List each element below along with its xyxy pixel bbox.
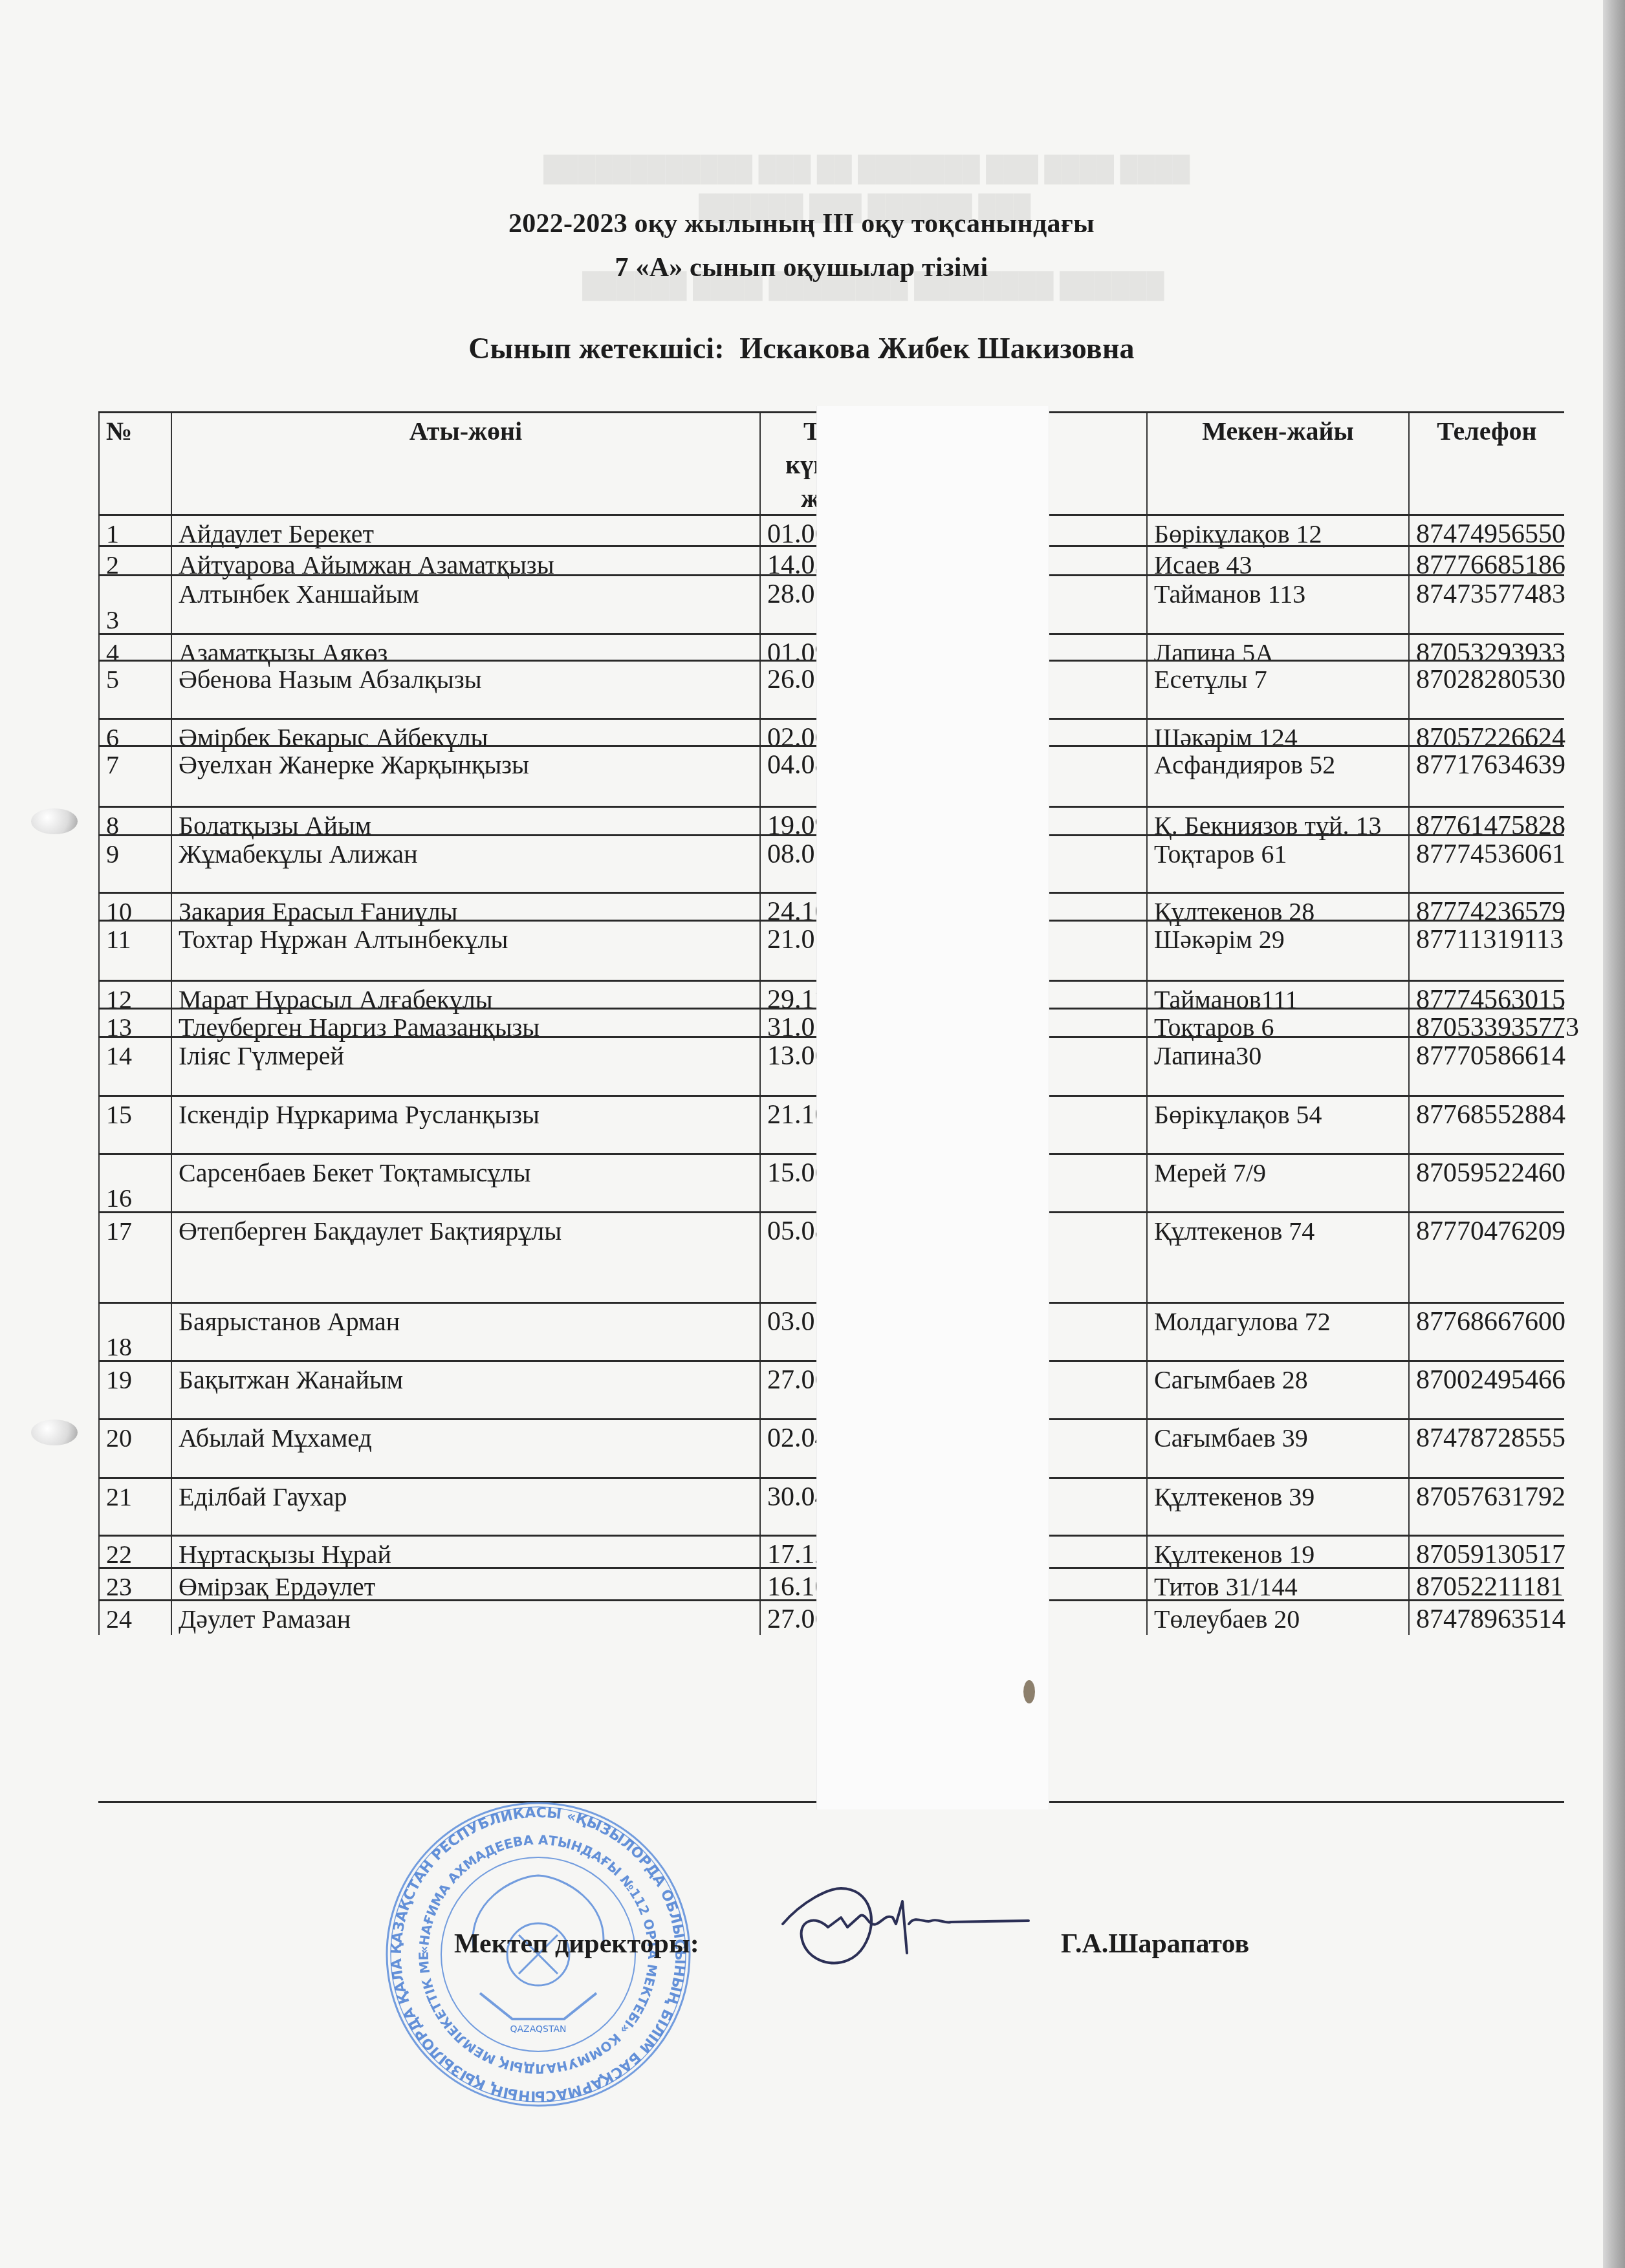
address: Шәкәрім 124 (1146, 720, 1408, 747)
punch-hole-artifact (31, 1420, 78, 1445)
row-number: 20 (98, 1420, 171, 1479)
document-page: ████ ████ ███ ███████ ██ ███ ███████████… (0, 0, 1603, 2268)
address: Тоқтаров 61 (1146, 836, 1408, 894)
student-name: Әбенова Назым Абзалқызы (171, 662, 759, 720)
phone: 87059130517 (1408, 1537, 1564, 1569)
row-number: 16 (98, 1155, 171, 1213)
phone: 87059522460 (1408, 1155, 1564, 1213)
student-name: Іскендір Нұркарима Русланқызы (171, 1097, 759, 1155)
address: Тайманов111 (1146, 982, 1408, 1010)
phone: 87057226624 (1408, 720, 1564, 747)
phone: 87028280530 (1408, 662, 1564, 720)
student-name: Айтуарова Айымжан Азаматқызы (171, 547, 759, 576)
address: Титов 31/144 (1146, 1569, 1408, 1601)
student-name: Дәулет Рамазан (171, 1601, 759, 1635)
student-name: Айдаулет Берекет (171, 516, 759, 547)
student-name: Тохтар Нұржан Алтынбекұлы (171, 922, 759, 982)
row-number: 11 (98, 922, 171, 982)
student-name: Өмірзақ Ердәулет (171, 1569, 759, 1601)
row-number: 23 (98, 1569, 171, 1601)
student-name: Баярыстанов Арман (171, 1304, 759, 1362)
address: Бөрікұлақов 12 (1146, 516, 1408, 547)
bleed-through-text: ████ ████ ███ ███████ ██ ███ ███████████… (543, 155, 1190, 184)
row-number: 15 (98, 1097, 171, 1155)
phone: 87774563015 (1408, 982, 1564, 1010)
phone: 87052211181 (1408, 1569, 1564, 1601)
phone: 87478728555 (1408, 1420, 1564, 1479)
student-name: Азаматқызы Аякөз (171, 635, 759, 662)
row-number: 22 (98, 1537, 171, 1569)
row-number: 24 (98, 1601, 171, 1635)
student-name: Бақытжан Жанайым (171, 1362, 759, 1420)
address: Исаев 43 (1146, 547, 1408, 576)
row-number-text: 3 (106, 605, 119, 635)
student-name: Өтепберген Бақдаулет Бақтиярұлы (171, 1213, 759, 1304)
row-number: 12 (98, 982, 171, 1010)
address: Қ. Бекниязов тұй. 13 (1146, 808, 1408, 836)
stain-artifact (1023, 1680, 1035, 1703)
address: Асфандияров 52 (1146, 747, 1408, 808)
phone: 87768552884 (1408, 1097, 1564, 1155)
phone: 87717634639 (1408, 747, 1564, 808)
address: Тайманов 113 (1146, 576, 1408, 635)
row-number: 9 (98, 836, 171, 894)
class-teacher-line: Сынып жетекшісі: Искакова Жибек Шакизовн… (0, 331, 1603, 365)
row-number: 7 (98, 747, 171, 808)
student-name: Жұмабекұлы Алижан (171, 836, 759, 894)
address: Молдагулова 72 (1146, 1304, 1408, 1362)
student-name: Алтынбек Ханшайым (171, 576, 759, 635)
row-number-text: 18 (106, 1332, 132, 1362)
header-number: № (98, 413, 171, 516)
address: Сағымбаев 39 (1146, 1420, 1408, 1479)
stamp-center-text: QAZAQSTAN (510, 2024, 567, 2035)
row-number: 8 (98, 808, 171, 836)
row-number: 6 (98, 720, 171, 747)
student-name: Еділбай Гаухар (171, 1479, 759, 1537)
student-name: Сарсенбаев Бекет Тоқтамысұлы (171, 1155, 759, 1213)
row-number: 3 (98, 576, 171, 635)
row-number: 4 (98, 635, 171, 662)
scan-edge (1603, 0, 1625, 2268)
address: Мерей 7/9 (1146, 1155, 1408, 1213)
address: Төлеубаев 20 (1146, 1601, 1408, 1635)
header-name: Аты-жөні (171, 413, 759, 516)
address: Құлтекенов 28 (1146, 894, 1408, 922)
phone: 87478963514 (1408, 1601, 1564, 1635)
address: Сагымбаев 28 (1146, 1362, 1408, 1420)
address: Шәкәрім 29 (1146, 922, 1408, 982)
row-number: 5 (98, 662, 171, 720)
address: Лапина 5А (1146, 635, 1408, 662)
address: Тоқтаров 6 (1146, 1010, 1408, 1038)
phone: 87057631792 (1408, 1479, 1564, 1537)
row-number: 19 (98, 1362, 171, 1420)
student-name: Іліяс Гүлмерей (171, 1038, 759, 1097)
address: Бөрікұлақов 54 (1146, 1097, 1408, 1155)
row-number: 10 (98, 894, 171, 922)
student-name: Тлеуберген Наргиз Рамазанқызы (171, 1010, 759, 1038)
row-number-text: 16 (106, 1183, 132, 1213)
director-label: Мектеп директоры: (454, 1928, 699, 1960)
address: Құлтекенов 74 (1146, 1213, 1408, 1304)
row-number: 1 (98, 516, 171, 547)
phone: 87768667600 (1408, 1304, 1564, 1362)
phone: 87473577483 (1408, 576, 1564, 635)
header-address: Мекен-жайы (1146, 413, 1408, 516)
document-title: 2022-2023 оқу жылының ІІІ оқу тоқсанында… (0, 208, 1603, 239)
class-teacher-label: Сынып жетекшісі: (468, 332, 725, 365)
punch-hole-artifact (31, 808, 78, 834)
row-number: 18 (98, 1304, 171, 1362)
address: Есетұлы 7 (1146, 662, 1408, 720)
phone: 87761475828 (1408, 808, 1564, 836)
redaction-overlay (816, 406, 1049, 1809)
director-signature (757, 1863, 1042, 1979)
phone: 87002495466 (1408, 1362, 1564, 1420)
student-name: Әмірбек Бекарыс Айбекұлы (171, 720, 759, 747)
row-number: 2 (98, 547, 171, 576)
student-name: Әуелхан Жанерке Жарқынқызы (171, 747, 759, 808)
phone: 87770476209 (1408, 1213, 1564, 1304)
student-name: Марат Нұрасыл Алғабекұлы (171, 982, 759, 1010)
phone: 87774536061 (1408, 836, 1564, 894)
student-name: Закария Ерасыл Ғаниұлы (171, 894, 759, 922)
row-number: 21 (98, 1479, 171, 1537)
phone: 870533935773 (1408, 1010, 1564, 1038)
address: Лапина30 (1146, 1038, 1408, 1097)
phone: 87776685186 (1408, 547, 1564, 576)
header-phone: Телефон (1408, 413, 1564, 516)
row-number: 17 (98, 1213, 171, 1304)
phone: 87774236579 (1408, 894, 1564, 922)
student-name: Болатқызы Айым (171, 808, 759, 836)
phone: 87770586614 (1408, 1038, 1564, 1097)
document-subtitle: 7 «А» сынып оқушылар тізімі (0, 252, 1603, 283)
phone: 87474956550 (1408, 516, 1564, 547)
address: Құлтекенов 39 (1146, 1479, 1408, 1537)
address: Құлтекенов 19 (1146, 1537, 1408, 1569)
student-name: Нұртасқызы Нұрай (171, 1537, 759, 1569)
row-number: 14 (98, 1038, 171, 1097)
class-teacher-name: Искакова Жибек Шакизовна (739, 332, 1135, 365)
director-name: Г.А.Шарапатов (1061, 1928, 1249, 1960)
student-name: Абылай Мұхамед (171, 1420, 759, 1479)
row-number: 13 (98, 1010, 171, 1038)
phone: 87053293933 (1408, 635, 1564, 662)
phone: 87711319113 (1408, 922, 1564, 982)
